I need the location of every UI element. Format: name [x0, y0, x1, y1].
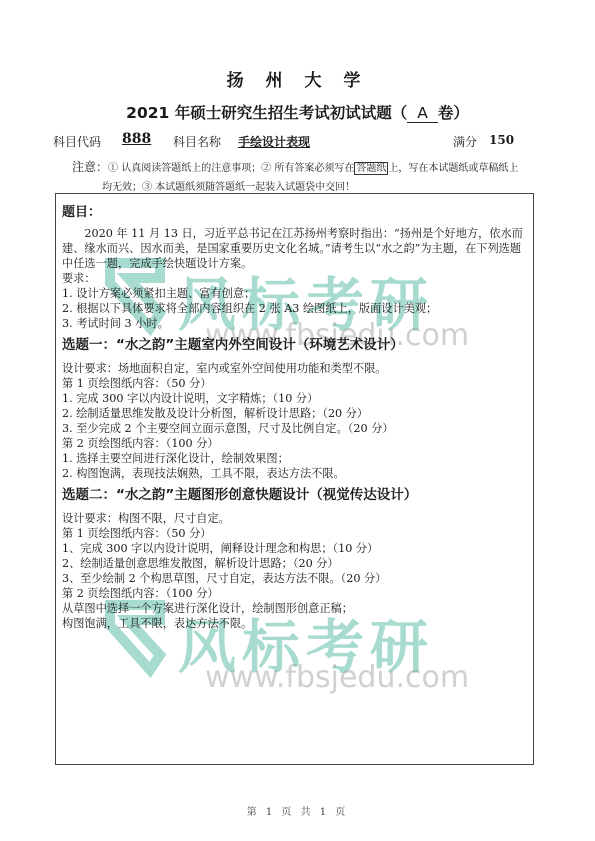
option2-line: 从草图中选择一个方案进行深化设计，绘制图形创意正稿；	[62, 601, 532, 616]
notice-text-1: ① 认真阅读答题纸上的注意事项；② 所有答案必须写在	[108, 163, 354, 174]
option1-title: 选题一：“水之韵”主题室内外空间设计（环境艺术设计）	[62, 338, 532, 353]
option2-line: 构图饱满，工具不限，表达方法不限。	[62, 616, 532, 631]
option2-line: 第 1 页绘图纸内容：（50 分）	[62, 526, 532, 541]
notice-text-2: 上，写在本试题纸或草稿纸上	[388, 163, 518, 174]
option1-line: 1. 选择主要空间进行深化设计，绘制效果图；	[62, 451, 532, 466]
full-score-label: 满分	[453, 133, 477, 150]
exam-title-suffix: 卷）	[438, 104, 469, 122]
subject-name-label: 科目名称	[173, 133, 221, 150]
option2-line: 2、绘制适量创意思维发散图，解析设计思路；（20 分）	[62, 556, 532, 571]
option1-line: 第 1 页绘图纸内容：（50 分）	[62, 376, 532, 391]
option2-line: 3、至少绘制 2 个构思草图，尺寸自定，表达方法不限。（20 分）	[62, 571, 532, 586]
option1-line: 2. 绘制适量思维发散及设计分析图，解析设计思路；（20 分）	[62, 406, 532, 421]
option2-title: 选题二：“水之韵”主题图形创意快题设计（视觉传达设计）	[62, 488, 532, 503]
notice-label: 注意：	[72, 160, 108, 174]
option1-line: 设计要求：场地面积自定，室内或室外空间使用功能和类型不限。	[62, 361, 532, 376]
option2-line: 设计要求：构图不限，尺寸自定。	[62, 511, 532, 526]
full-score-value: 150	[489, 133, 514, 147]
option2-line: 1、完成 300 字以内设计说明，阐释设计理念和构思；（10 分）	[62, 541, 532, 556]
requirements-label: 要求：	[62, 271, 532, 286]
question-heading: 题目：	[62, 205, 532, 220]
exam-title-prefix: 2021 年硕士研究生招生考试初试试题（	[126, 104, 407, 122]
option1-line: 第 2 页绘图纸内容：（100 分）	[62, 436, 532, 451]
university-name: 扬 州 大 学	[0, 66, 595, 91]
question-content: 题目： 2020 年 11 月 13 日，习近平总书记在江苏扬州考察时指出：“扬…	[62, 205, 532, 631]
subject-name-value: 手绘设计表现	[238, 133, 310, 150]
requirement-item: 2. 根据以下具体要求将全部内容组织在 2 张 A3 绘图纸上，版面设计美观；	[62, 301, 532, 316]
question-intro: 2020 年 11 月 13 日，习近平总书记在江苏扬州考察时指出：“扬州是个好…	[62, 226, 532, 271]
exam-title: 2021 年硕士研究生招生考试初试试题（A卷）	[0, 101, 595, 123]
subject-code-label: 科目代码	[53, 133, 101, 150]
option1-line: 1. 完成 300 字以内设计说明，文字精炼；（10 分）	[62, 391, 532, 406]
requirement-item: 1. 设计方案必须紧扣主题、富有创意；	[62, 286, 532, 301]
requirement-item: 3. 考试时间 3 小时。	[62, 316, 532, 331]
page-number: 第 1 页 共 1 页	[0, 803, 595, 818]
option2-line: 第 2 页绘图纸内容：（100 分）	[62, 586, 532, 601]
option1-line: 2. 构图饱满，表现技法娴熟，工具不限，表达方法不限。	[62, 466, 532, 481]
exam-volume: A	[407, 104, 438, 123]
notice: 注意：① 认真阅读答题纸上的注意事项；② 所有答案必须写在答题纸上，写在本试题纸…	[72, 158, 532, 197]
notice-boxed-term: 答题纸	[354, 162, 388, 175]
option1-line: 3. 至少完成 2 个主要空间立面示意图，尺寸及比例自定。（20 分）	[62, 421, 532, 436]
subject-code-value: 888	[122, 131, 151, 147]
